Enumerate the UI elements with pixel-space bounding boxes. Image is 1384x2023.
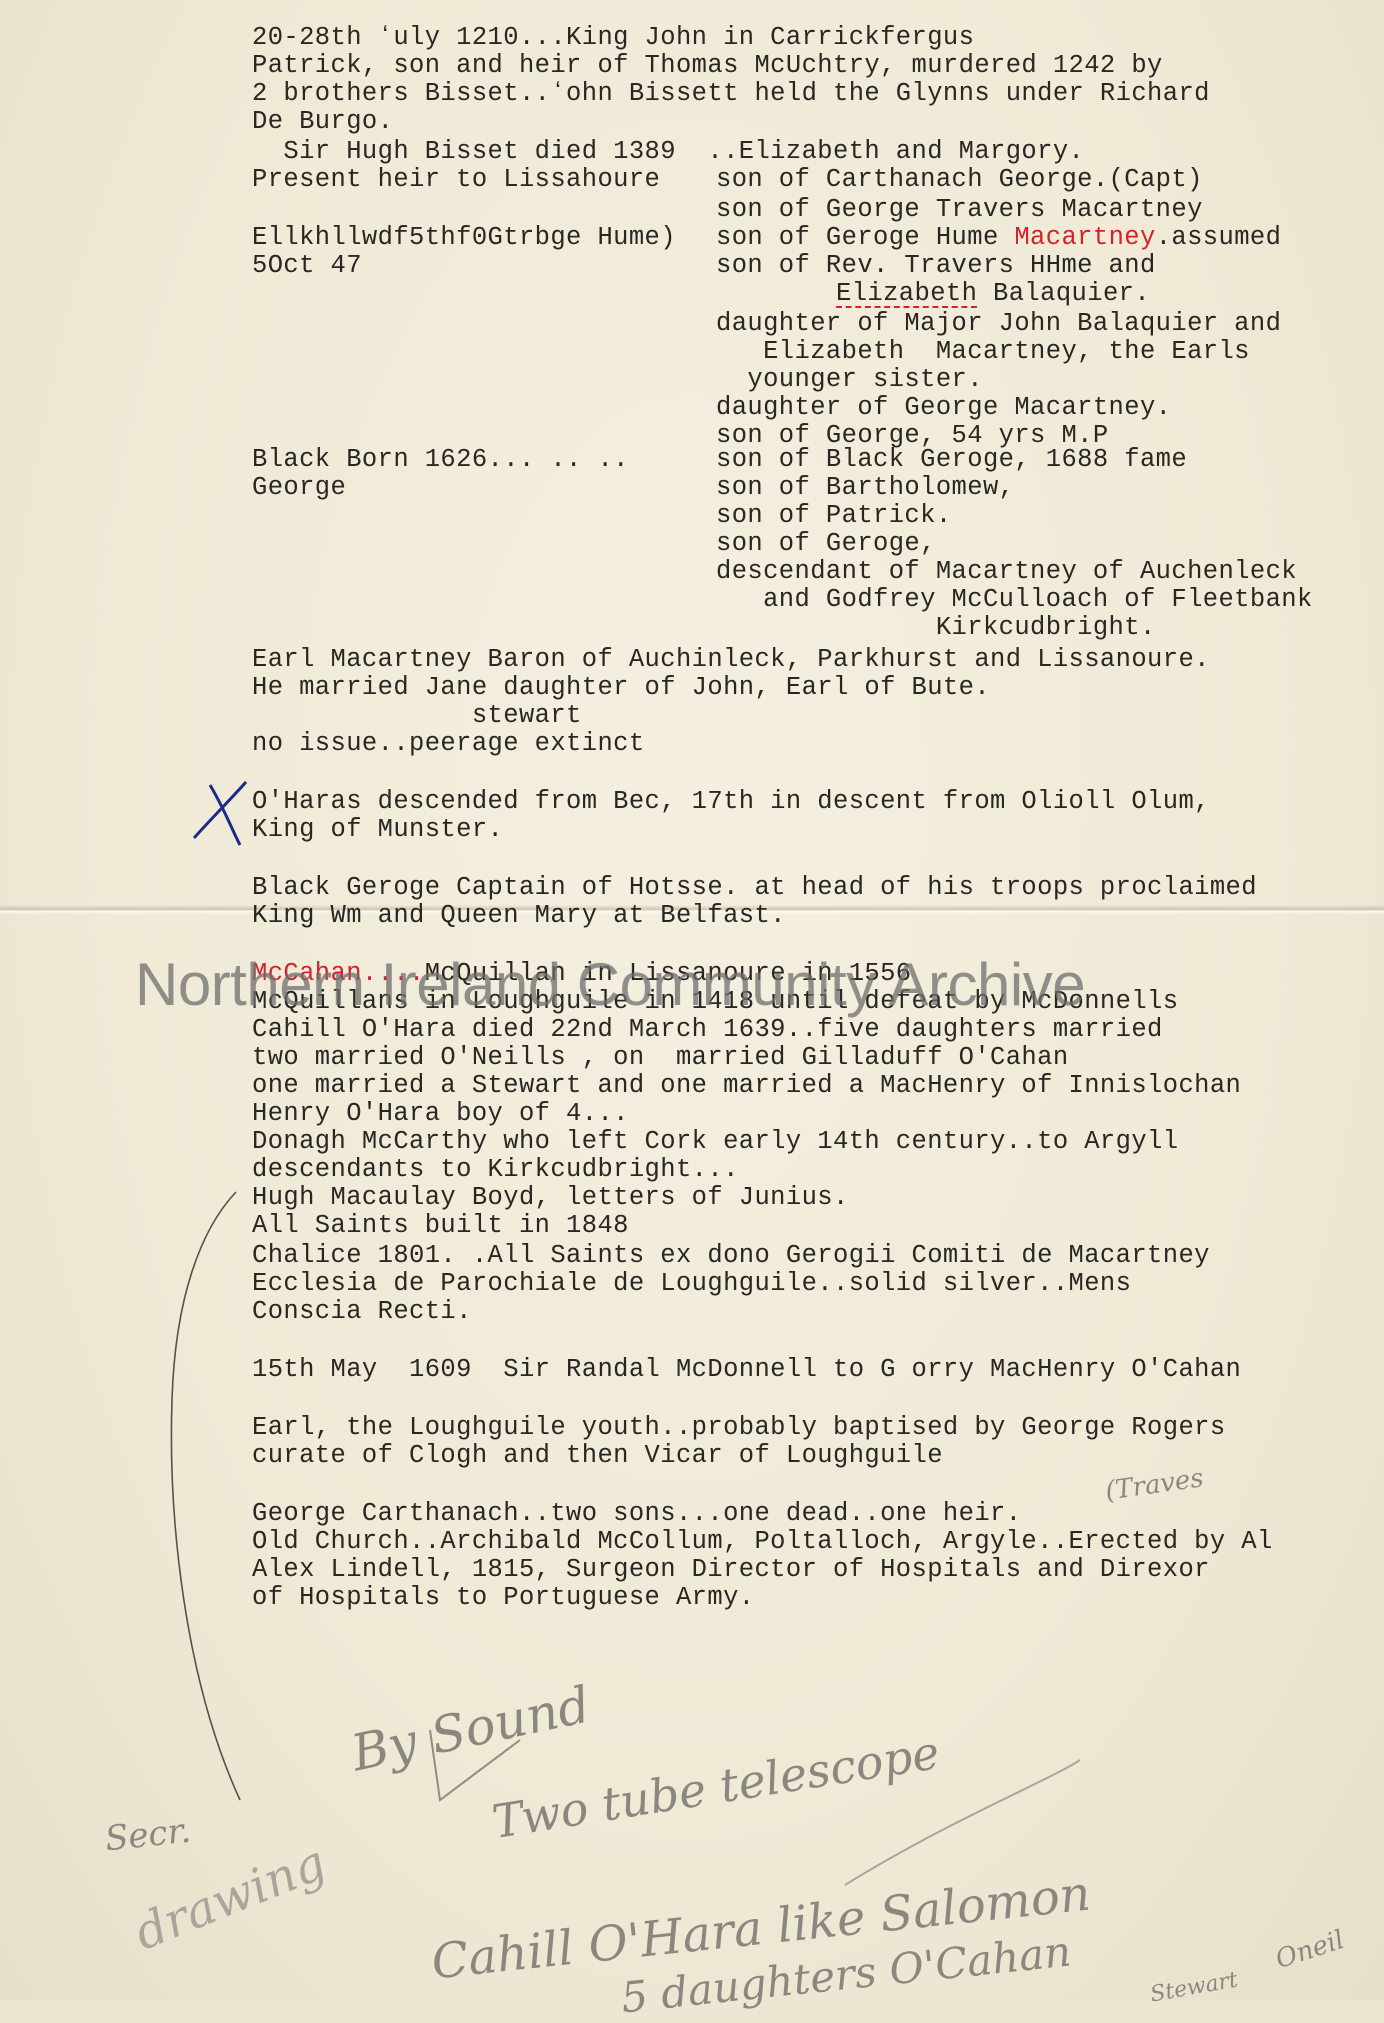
document-page: 20-28th ʻuly 1210...King John in Carrick… bbox=[0, 0, 1384, 2000]
archive-watermark: Northern Ireland Community Archive bbox=[135, 950, 1085, 1020]
pencil-strike-line bbox=[845, 1760, 1080, 1885]
pencil-v-mark bbox=[430, 1730, 520, 1800]
blue-x-mark-icon bbox=[194, 782, 246, 845]
pencil-bracket-curve bbox=[171, 1192, 240, 1800]
